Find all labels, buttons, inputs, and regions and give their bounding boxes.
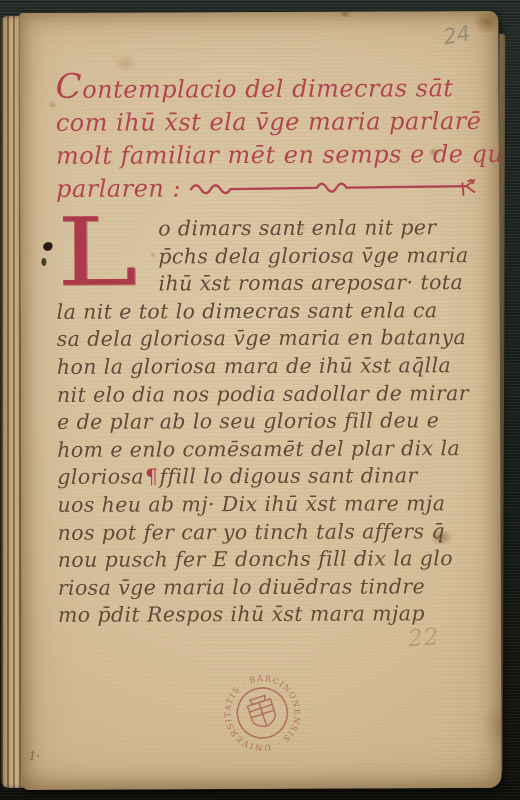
library-stamp: UNIVERSITATIS · BARCINONENSIS · [211,661,315,765]
body-line: sa dela gloriosa v̄ge maria en batanya [57,324,489,353]
body-line: la nit e tot lo dimecras sant enla ca [57,297,489,326]
body-line-text: gloriosa [57,465,144,489]
rubric: Contemplacio del dimecras sāt com ihū x̄… [56,69,485,206]
manuscript-page: 24 Contemplacio del dimecras sāt com ihū… [19,11,501,790]
body-line-with-pilcrow: gloriosa¶ffill lo digous sant dinar [57,462,489,491]
body-line: nit elo dia nos podia sadollar de mirar [57,380,489,409]
body-line-text: ffill lo digous sant dinar [159,464,417,489]
pilcrow-icon: ¶ [144,465,160,489]
body-line: riosa v̄ge maria lo diuēdras tindre [58,573,490,602]
body-text: o dimars sant enla nit per p̄chs dela gl… [56,214,490,630]
body-line: e de plar ab lo seu glorios fill deu e [57,407,489,436]
rubric-flourish-icon [189,178,484,199]
body-line: nou pusch fer E donchs fill dix la glo [58,545,490,574]
rubric-line: Contemplacio del dimecras sāt [56,69,484,107]
rubric-line: molt familiar mēt en semps e de que [56,138,484,173]
body-line: p̄chs dela gloriosa v̄ge maria [158,242,488,271]
stain [467,11,501,39]
ink-blot [41,258,46,266]
rubric-line: com ihū x̄st ela v̄ge maria parlarē [56,105,484,140]
ink-blot [42,241,54,253]
folio-number-pencil: 24 [441,21,472,49]
body-line: o dimars sant enla nit per [158,214,488,243]
body-line: nos pot fer car yo tinch tals affers q̄ [58,518,490,547]
stain [337,11,353,20]
ghost-offset-mark: 22 [407,624,440,652]
body-line: hom e enlo comēsamēt del plar dix la [57,435,489,464]
body-line: uos heu ab mj· Dix ihū x̄st mare mja [57,490,489,519]
corner-note: 1· [29,749,41,763]
body-line: ihū x̄st romas areposar· tota [158,269,488,298]
stain [474,695,501,755]
body-line: hon la gloriosa mara de ihū x̄st aq̄lla [57,352,489,381]
